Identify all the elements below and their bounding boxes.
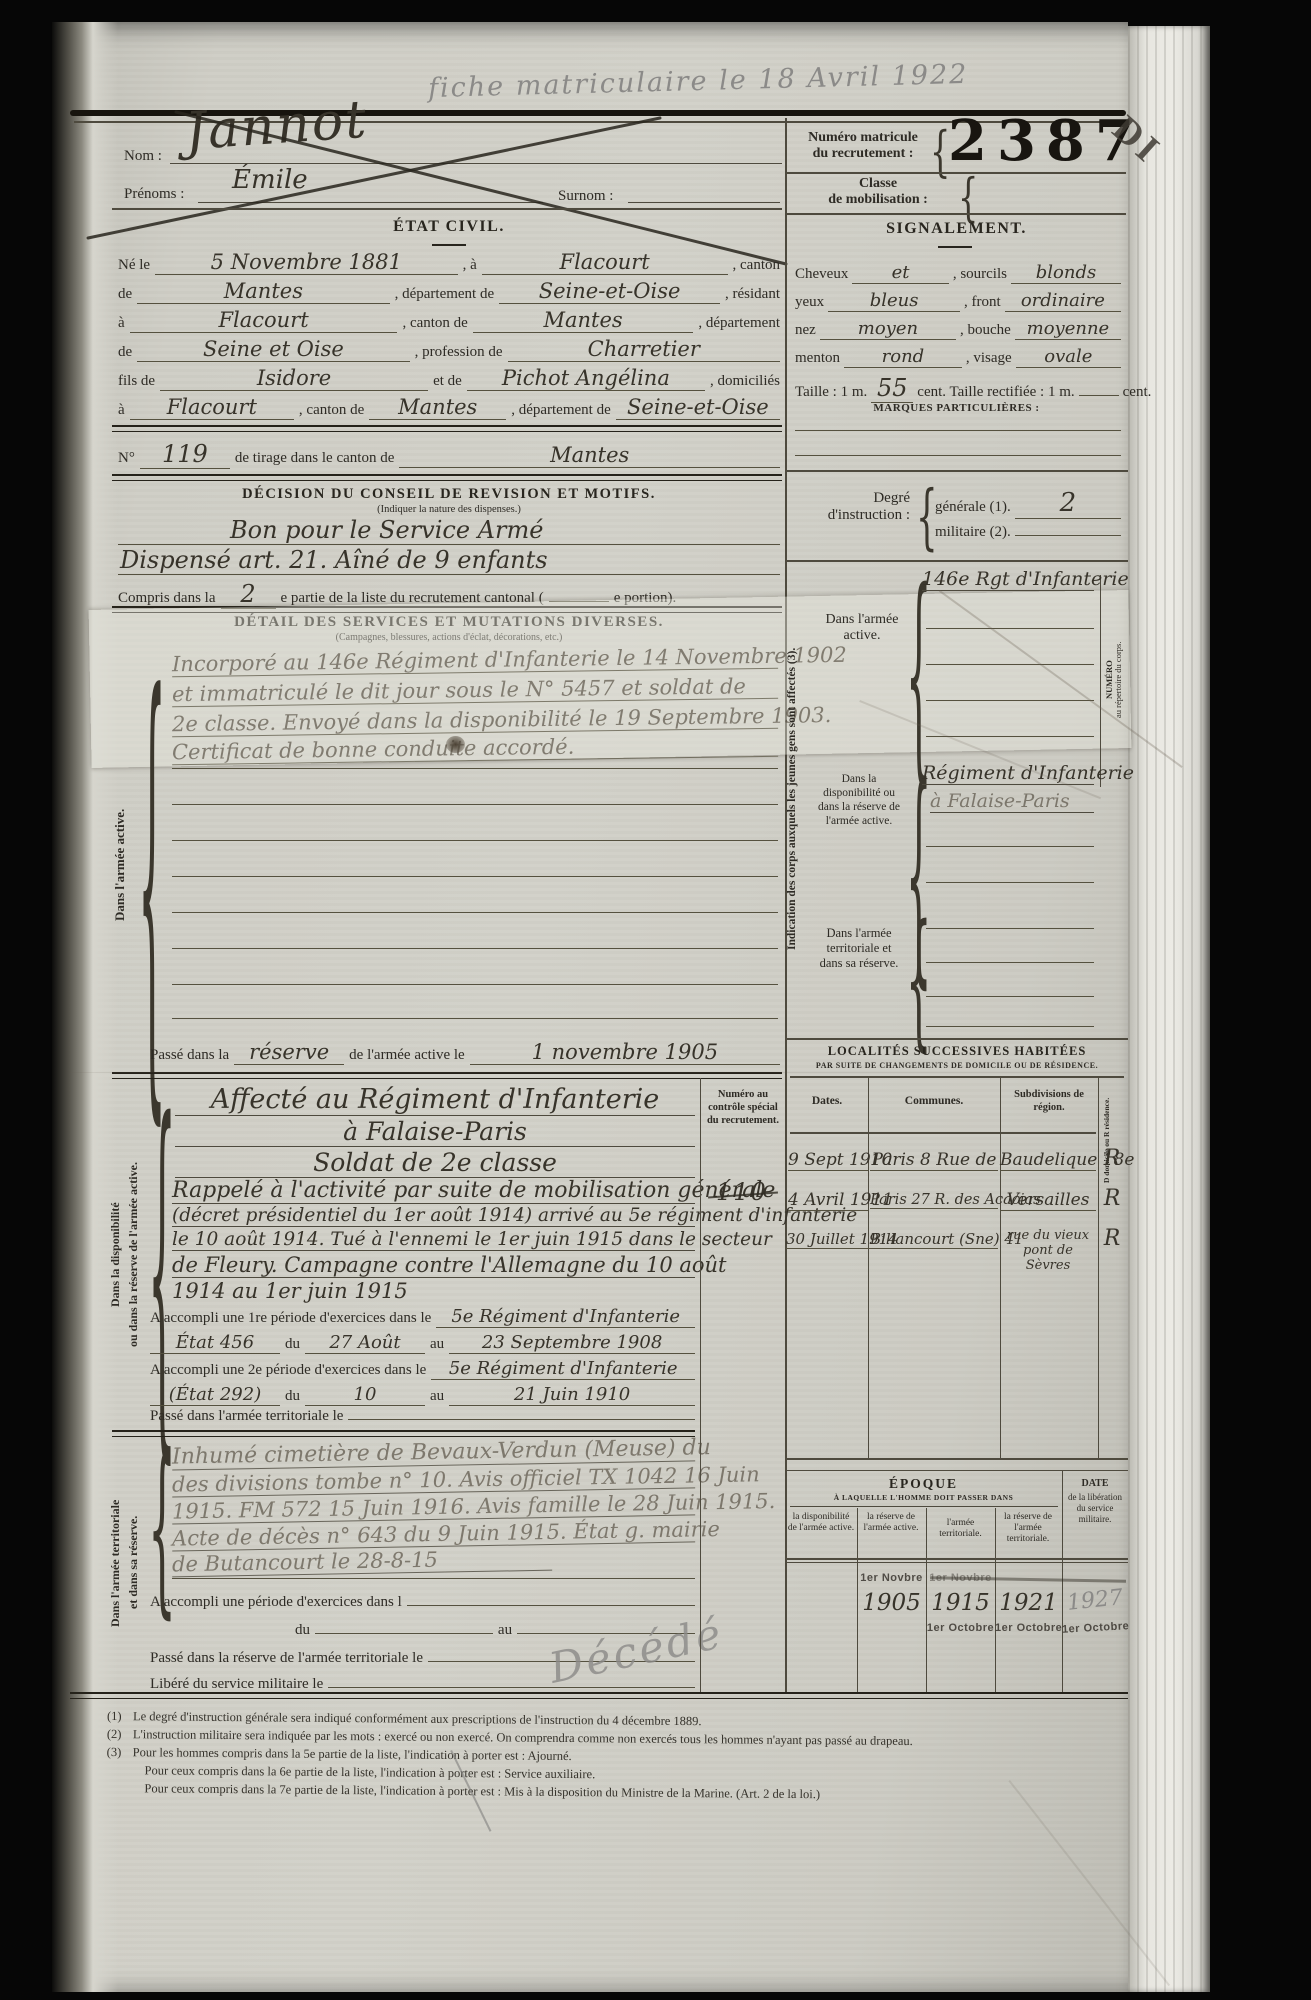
epoque-c3-stamp2: 1er Octobre xyxy=(926,1622,995,1634)
controle-label: Numéro au contrôle spécial du recrutemen… xyxy=(704,1088,782,1127)
form-bottom-rule xyxy=(70,1692,1128,1699)
rule xyxy=(786,1038,1128,1040)
classe-label: Classe de mobilisation : xyxy=(808,176,948,208)
blank xyxy=(1079,395,1119,396)
epoque-top-rule xyxy=(786,1470,1128,1471)
ruled-line xyxy=(172,984,778,985)
periode1-row: A accompli une 1re période d'exercices d… xyxy=(150,1306,695,1328)
label: yeux xyxy=(795,294,824,311)
value: réserve xyxy=(234,1040,344,1065)
label: , département de xyxy=(395,286,495,303)
ruled-line xyxy=(926,700,1094,701)
value: ovale xyxy=(1016,346,1121,368)
localites-col-dates: Dates. xyxy=(786,1095,868,1107)
value: blonds xyxy=(1011,262,1121,284)
dispo-entry: (décret présidentiel du 1er août 1914) a… xyxy=(172,1205,695,1227)
epoque-col4-label: la réserve de l'armée territoriale. xyxy=(996,1512,1060,1545)
label: A accompli une 2e période d'exercices da… xyxy=(150,1362,426,1379)
header-bottom-right xyxy=(786,213,1126,215)
localite-commune: Billancourt (Sne) 41 xyxy=(870,1230,998,1249)
label: , domiciliés xyxy=(710,373,780,390)
footnote-num: (1) xyxy=(107,1709,122,1724)
localite-commune: Paris 8 Rue de xyxy=(870,1150,998,1171)
dispo-entry: 1914 au 1er juin 1915 xyxy=(172,1279,695,1303)
value: moyen xyxy=(820,318,956,340)
value: État 456 xyxy=(150,1332,280,1354)
degre-label-line1: Degré xyxy=(795,490,910,507)
etat-civil-row-2: de Mantes , département de Seine-et-Oise… xyxy=(118,279,780,304)
label: N° xyxy=(118,450,135,467)
value: 1 novembre 1905 xyxy=(470,1040,780,1065)
value: moyenne xyxy=(1015,318,1121,340)
value: Isidore xyxy=(160,366,428,391)
matricule-label-line1: Numéro matricule xyxy=(798,130,928,146)
matricule-box-line xyxy=(786,172,1126,174)
decision-subtitle: (Indiquer la nature des dispenses.) xyxy=(115,504,783,515)
localites-col-line xyxy=(868,1078,869,1458)
label: Taille : 1 m. xyxy=(795,384,867,401)
label: au xyxy=(430,1336,444,1353)
footnote-num: (2) xyxy=(107,1727,122,1742)
ruled-line xyxy=(172,804,778,805)
value: 5e Régiment d'Infanterie xyxy=(431,1358,695,1380)
rule xyxy=(112,1072,782,1079)
value: Seine-et-Oise xyxy=(499,279,720,304)
ruled-line xyxy=(926,846,1094,847)
etat-civil-row-5: fils de Isidore et de Pichot Angélina , … xyxy=(118,366,780,391)
label: du xyxy=(295,1622,310,1639)
etat-civil-tick xyxy=(432,244,466,246)
value: Pichot Angélina xyxy=(467,366,705,391)
label: générale (1). xyxy=(935,499,1011,516)
epoque-title: ÉPOQUE xyxy=(785,1476,1062,1492)
label: , résidant xyxy=(725,286,780,303)
fold-line xyxy=(70,1072,1126,1073)
degre-label-line2: d'instruction : xyxy=(795,507,910,524)
epoque-c2-stamp: 1er Novbre xyxy=(857,1572,926,1584)
label: au xyxy=(498,1622,512,1639)
classe-brace: { xyxy=(958,172,978,223)
localites-header-rule xyxy=(790,1076,1124,1078)
epoque-c3-year: 1915 xyxy=(926,1590,995,1616)
corps-side-label: Indication des corps auxquels les jeunes… xyxy=(786,568,798,1030)
rule xyxy=(112,474,782,481)
value: 5e Régiment d'Infanterie xyxy=(436,1306,695,1328)
classe-label-line2: de mobilisation : xyxy=(808,192,948,208)
corps-dispo-label: Dans la disponibilité ou dans la réserve… xyxy=(812,772,906,828)
value: 21 Juin 1910 xyxy=(449,1384,695,1406)
rule xyxy=(786,560,1128,562)
localites-header-underline xyxy=(790,1132,1096,1134)
epoque-col2-label: la réserve de l'armée active. xyxy=(858,1512,924,1534)
corps-dispo-value-2: à Falaise-Paris xyxy=(930,790,1094,813)
blank xyxy=(407,1605,695,1606)
etat-civil-row-6: à Flacourt , canton de Mantes , départem… xyxy=(118,395,780,420)
signalement-row-4: menton rond , visage ovale xyxy=(795,346,1121,368)
value: ordinaire xyxy=(1005,290,1121,312)
epoque-header-rule-2 xyxy=(786,1562,1128,1563)
label: , canton de xyxy=(299,402,364,419)
etat-civil-row-4: de Seine et Oise , profession de Charret… xyxy=(118,337,780,362)
localites-bottom-rule xyxy=(786,1458,1128,1460)
value: Mantes xyxy=(137,279,389,304)
footnote-num: (3) xyxy=(107,1745,122,1760)
localite-date: 9 Sept 1910 xyxy=(788,1150,868,1171)
label: Cheveux xyxy=(795,266,848,283)
label: A accompli une période d'exercices dans … xyxy=(150,1594,402,1611)
scanned-military-record: fiche matriculaire le 18 Avril 1922 Nom … xyxy=(0,0,1311,2000)
label: Né le xyxy=(118,257,150,274)
localites-title: LOCALITÉS SUCCESSIVES HABITÉES xyxy=(790,1044,1124,1059)
value: Flacourt xyxy=(130,395,294,420)
numero-repertoire-label-2: au répertoire du corps. xyxy=(1113,580,1123,780)
value: 10 xyxy=(305,1384,425,1406)
label: , sourcils xyxy=(953,266,1007,283)
corps-terr-label: Dans l'armée territoriale et dans sa rés… xyxy=(814,926,904,971)
value: (État 292) xyxy=(150,1384,280,1406)
ruled-line xyxy=(926,1026,1094,1027)
localite-dr: R xyxy=(1098,1146,1126,1171)
label: menton xyxy=(795,350,840,367)
label: , département de xyxy=(511,402,611,419)
ruled-line xyxy=(172,1018,778,1019)
etat-civil-title: ÉTAT CIVIL. xyxy=(115,218,783,236)
value: 23 Septembre 1908 xyxy=(449,1332,695,1354)
epoque-subtitle: À LAQUELLE L'HOMME DOIT PASSER DANS xyxy=(785,1493,1062,1502)
label: de l'armée active le xyxy=(349,1047,465,1064)
epoque-subtitle-rule xyxy=(790,1506,1058,1507)
ruled-line xyxy=(926,664,1094,665)
corps-active-value: 146e Rgt d'Infanterie xyxy=(922,568,1094,591)
label: , profession de xyxy=(415,344,503,361)
ruled-line xyxy=(172,1578,695,1579)
numero-repertoire-bracket xyxy=(1100,575,1101,787)
ruled-line xyxy=(926,996,1094,997)
label: de tirage dans le canton de xyxy=(235,450,395,467)
value: 2 xyxy=(1015,488,1121,519)
value: Mantes xyxy=(473,308,694,333)
line xyxy=(118,544,780,545)
label: , à xyxy=(463,257,477,274)
classe-label-line1: Classe xyxy=(808,176,948,192)
decision-line2: Dispensé art. 21. Aîné de 9 enfants xyxy=(120,546,548,574)
localites-col-dr: D domicile ou R résidence. xyxy=(1102,1080,1111,1200)
label: , visage xyxy=(966,350,1012,367)
localites-col-communes: Communes. xyxy=(868,1095,1000,1107)
label: , bouche xyxy=(960,322,1011,339)
header-bottom-left xyxy=(112,208,782,210)
value: Charretier xyxy=(508,337,780,362)
periode2-dates-row: (État 292) du 10 au 21 Juin 1910 xyxy=(150,1384,695,1406)
label: cent. xyxy=(1123,384,1152,401)
dispo-section-label-2: ou dans la réserve de l'armée active. xyxy=(126,1095,141,1415)
decision-title: DÉCISION DU CONSEIL DE REVISION ET MOTIF… xyxy=(115,486,783,503)
ruled-line xyxy=(172,768,778,769)
degre-generale-row: générale (1). 2 xyxy=(935,488,1121,519)
rule xyxy=(786,470,1128,472)
passe-territoriale-row: Passé dans l'armée territoriale le xyxy=(150,1408,695,1425)
etat-civil-row-1: Né le 5 Novembre 1881 , à Flacourt , can… xyxy=(118,250,780,275)
dispo-entry: Rappelé à l'activité par suite de mobili… xyxy=(172,1178,695,1204)
ruled-line xyxy=(172,840,778,841)
epoque-col3-label: l'armée territoriale. xyxy=(928,1518,993,1540)
terr-periode-row: A accompli une période d'exercices dans … xyxy=(150,1594,695,1611)
label: Passé dans l'armée territoriale le xyxy=(150,1408,343,1425)
value: Flacourt xyxy=(130,308,398,333)
value: 119 xyxy=(140,440,230,469)
localites-subtitle: PAR SUITE DE CHANGEMENTS DE DOMICILE OU … xyxy=(790,1061,1124,1070)
value: Seine et Oise xyxy=(137,337,409,362)
epoque-col1-label: la disponibilité de l'armée active. xyxy=(787,1512,855,1534)
value: 55 xyxy=(871,374,913,403)
signalement-title: SIGNALEMENT. xyxy=(785,220,1128,238)
taille-row: Taille : 1 m. 55 cent. Taille rectifiée … xyxy=(795,374,1121,403)
epoque-c4-year: 1921 xyxy=(995,1590,1062,1616)
label: à xyxy=(118,315,125,332)
epoque-c4-stamp: 1er Octobre xyxy=(995,1622,1062,1634)
localites-col-subdiv: Subdivisions de région. xyxy=(1000,1088,1098,1114)
localite-date: 4 Avril 1911 xyxy=(788,1190,868,1211)
matricule-label: Numéro matricule du recrutement : xyxy=(798,130,928,162)
corps-dispo-value-1: Régiment d'Infanterie xyxy=(922,762,1094,785)
marques-label: MARQUES PARTICULIÈRES : xyxy=(785,402,1128,414)
ruled-line xyxy=(926,628,1094,629)
value: 27 Août xyxy=(305,1332,425,1354)
value: 2 xyxy=(221,580,276,609)
blank xyxy=(315,1633,493,1634)
label: fils de xyxy=(118,373,155,390)
active-section-label: Dans l'armée active. xyxy=(112,700,128,1030)
dispo-entry: le 10 août 1914. Tué à l'ennemi le 1er j… xyxy=(172,1229,695,1251)
matricule-label-line2: du recrutement : xyxy=(798,146,928,162)
ruled-line xyxy=(172,912,778,913)
label: de xyxy=(118,344,132,361)
label: A accompli une 1re période d'exercices d… xyxy=(150,1310,431,1327)
tirage-row: N° 119 de tirage dans le canton de Mante… xyxy=(118,440,780,469)
label: au xyxy=(430,1388,444,1405)
label: Compris dans la xyxy=(118,590,216,607)
label: du xyxy=(285,1388,300,1405)
epoque-col5-label-rest: de la libération du service militaire. xyxy=(1064,1492,1126,1525)
dispo-entry: Affecté au Régiment d'Infanterie xyxy=(175,1084,695,1116)
signalement-row-3: nez moyen , bouche moyenne xyxy=(795,318,1121,340)
label: Libéré du service militaire le xyxy=(150,1676,323,1693)
signalement-row-1: Cheveux et , sourcils blonds xyxy=(795,262,1121,284)
value: bleus xyxy=(828,290,960,312)
localite-dr: R xyxy=(1098,1226,1126,1251)
label: , canton de xyxy=(402,315,467,332)
blank xyxy=(1015,535,1121,536)
label: et de xyxy=(433,373,462,390)
controle-box-left-border xyxy=(700,1078,701,1692)
passe-reserve-row: Passé dans la réserve de l'armée active … xyxy=(150,1040,780,1065)
localites-col-line xyxy=(1098,1078,1099,1458)
terr-section-label-2: et dans sa réserve. xyxy=(126,1462,141,1662)
localite-date: 30 Juillet 1914 xyxy=(786,1230,870,1249)
value: Mantes xyxy=(369,395,506,420)
ruled-line xyxy=(172,948,778,949)
value: 5 Novembre 1881 xyxy=(155,250,457,275)
ruled-line xyxy=(172,876,778,877)
label: , canton xyxy=(733,257,780,274)
label: du xyxy=(285,1336,300,1353)
ruled-line xyxy=(926,962,1094,963)
line xyxy=(118,574,780,575)
label: de xyxy=(118,286,132,303)
ruled-line xyxy=(795,430,1121,431)
periode2-row: A accompli une 2e période d'exercices da… xyxy=(150,1358,695,1380)
ruled-line xyxy=(795,455,1121,456)
label: nez xyxy=(795,322,816,339)
localite-dr: R xyxy=(1098,1186,1126,1211)
epoque-header-rule xyxy=(786,1558,1128,1560)
corps-terr-brace: { xyxy=(906,908,931,1056)
localite-subdiv: Baudelique 18e xyxy=(1000,1150,1096,1171)
value: Flacourt xyxy=(482,250,728,275)
label: , département xyxy=(698,315,780,332)
dispo-entry: Soldat de 2e classe xyxy=(175,1148,695,1178)
signalement-row-2: yeux bleus , front ordinaire xyxy=(795,290,1121,312)
blank xyxy=(328,1687,695,1688)
signalement-tick xyxy=(938,246,972,248)
periode1-dates-row: État 456 du 27 Août au 23 Septembre 1908 xyxy=(150,1332,695,1354)
label: à xyxy=(118,402,125,419)
value: Seine-et-Oise xyxy=(616,395,780,420)
value: rond xyxy=(844,346,962,368)
blank xyxy=(348,1419,695,1420)
terr-section-label-1: Dans l'armée territoriale xyxy=(108,1448,123,1678)
rule xyxy=(112,425,782,432)
localite-subdiv: rue du vieux pont de Sèvres xyxy=(1000,1228,1096,1273)
label: Passé dans la réserve de l'armée territo… xyxy=(150,1650,423,1667)
dispo-entry: de Fleury. Campagne contre l'Allemagne d… xyxy=(172,1253,695,1278)
book-page-edges xyxy=(1128,26,1210,1992)
label: militaire (2). xyxy=(935,524,1011,541)
etat-civil-row-3: à Flacourt , canton de Mantes , départem… xyxy=(118,308,780,333)
label: cent. Taille rectifiée : 1 m. xyxy=(917,384,1074,401)
localite-subdiv: Versailles xyxy=(1000,1190,1096,1211)
dispo-entry: à Falaise-Paris xyxy=(175,1117,695,1147)
label: , front xyxy=(964,294,1001,311)
decision-line1: Bon pour le Service Armé xyxy=(230,516,543,544)
degre-militaire-row: militaire (2). xyxy=(935,524,1121,541)
ruled-line xyxy=(926,882,1094,883)
rule xyxy=(112,1430,695,1437)
ruled-line xyxy=(926,928,1094,929)
dispo-section-label-1: Dans la disponibilité xyxy=(108,1120,123,1390)
degre-label: Degré d'instruction : xyxy=(795,490,910,524)
epoque-c2-year: 1905 xyxy=(857,1590,926,1616)
epoque-col5-label-top: DATE xyxy=(1064,1478,1126,1489)
localite-commune: Paris 27 R. des Acacias xyxy=(870,1192,998,1209)
corps-active-label: Dans l'armée active. xyxy=(818,612,906,644)
value: et xyxy=(852,262,948,284)
value: Mantes xyxy=(399,443,780,468)
